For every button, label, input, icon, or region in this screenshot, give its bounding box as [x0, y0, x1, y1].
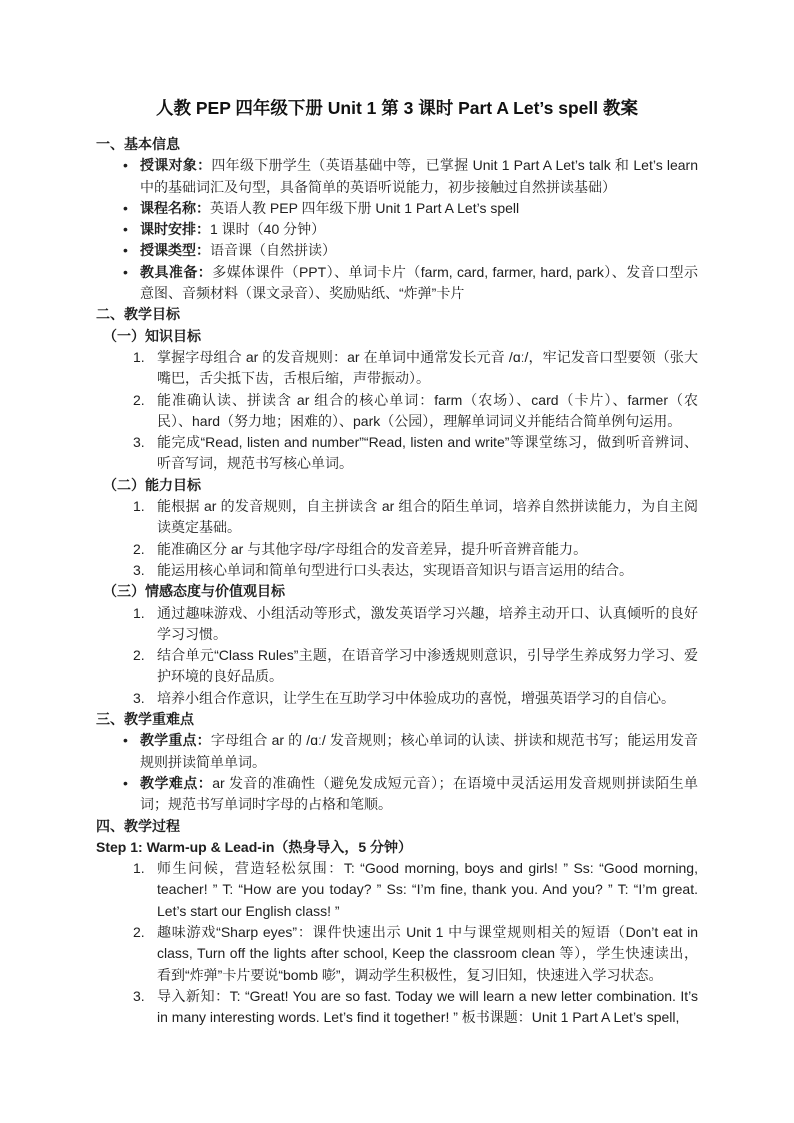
item-label: 授课类型： — [140, 242, 210, 258]
item-number: 1. — [133, 858, 145, 879]
numbered-item: 2.结合单元“Class Rules”主题，在语音学习中渗透规则意识，引导学生养… — [96, 645, 698, 688]
item-text: 1 课时（40 分钟） — [210, 221, 325, 237]
item-text: 四年级下册学生（英语基础中等，已掌握 Unit 1 Part A Let’s t… — [140, 157, 698, 194]
item-text: 导入新知：T: “Great! You are so fast. Today w… — [157, 988, 698, 1025]
numbered-item: 3.导入新知：T: “Great! You are so fast. Today… — [96, 986, 698, 1029]
item-text: 语音课（自然拼读） — [210, 242, 336, 258]
item-number: 3. — [133, 986, 145, 1007]
bullet-marker: • — [123, 198, 128, 219]
doc-title: 人教 PEP 四年级下册 Unit 1 第 3 课时 Part A Let’s … — [96, 95, 698, 121]
bullet-item-key-point: •教学重点：字母组合 ar 的 /ɑː/ 发音规则；核心单词的认读、拼读和规范书… — [96, 730, 698, 773]
numbered-item: 3.培养小组合作意识，让学生在互助学习中体验成功的喜悦，增强英语学习的自信心。 — [96, 688, 698, 709]
section-heading-process: 四、教学过程 — [96, 816, 698, 837]
item-number: 2. — [133, 539, 145, 560]
numbered-item: 2.能准确认读、拼读含 ar 组合的核心单词：farm（农场）、card（卡片）… — [96, 390, 698, 433]
item-text: 趣味游戏“Sharp eyes”：课件快速出示 Unit 1 中与课堂规则相关的… — [157, 924, 698, 983]
item-number: 1. — [133, 347, 145, 368]
item-label: 课程名称： — [140, 200, 210, 216]
item-text: 能根据 ar 的发音规则，自主拼读含 ar 组合的陌生单词，培养自然拼读能力，为… — [157, 498, 698, 535]
item-text: ar 发音的准确性（避免发成短元音）；在语境中灵活运用发音规则拼读陌生单词；规范… — [140, 775, 698, 812]
sub-heading-knowledge-goals: （一）知识目标 — [96, 326, 698, 347]
item-number: 3. — [133, 432, 145, 453]
item-text: 师生问候，营造轻松氛围：T: “Good morning, boys and g… — [157, 860, 698, 919]
bullet-marker: • — [123, 730, 128, 751]
bullet-marker: • — [123, 240, 128, 261]
section-heading-key-points: 三、教学重难点 — [96, 709, 698, 730]
bullet-marker: • — [123, 219, 128, 240]
bullet-item-schedule: •课时安排：1 课时（40 分钟） — [96, 219, 698, 240]
item-text: 能准确区分 ar 与其他字母/字母组合的发音差异，提升听音辨音能力。 — [157, 541, 587, 557]
numbered-item: 3.能运用核心单词和简单句型进行口头表达，实现语音知识与语言运用的结合。 — [96, 560, 698, 581]
item-text: 字母组合 ar 的 /ɑː/ 发音规则；核心单词的认读、拼读和规范书写；能运用发… — [140, 732, 698, 769]
numbered-item: 2.能准确区分 ar 与其他字母/字母组合的发音差异，提升听音辨音能力。 — [96, 539, 698, 560]
bullet-marker: • — [123, 155, 128, 176]
item-text: 多媒体课件（PPT）、单词卡片（farm, card, farmer, hard… — [140, 264, 698, 301]
step1-heading: Step 1: Warm-up & Lead-in（热身导入，5 分钟） — [96, 837, 698, 858]
numbered-item: 1.师生问候，营造轻松氛围：T: “Good morning, boys and… — [96, 858, 698, 922]
document-page: 人教 PEP 四年级下册 Unit 1 第 3 课时 Part A Let’s … — [0, 0, 794, 1123]
sub-heading-emotion-goals: （三）情感态度与价值观目标 — [96, 581, 698, 602]
bullet-item-lesson-type: •授课类型：语音课（自然拼读） — [96, 240, 698, 261]
item-text: 能完成“Read, listen and number”“Read, liste… — [157, 434, 698, 471]
item-label: 课时安排： — [140, 221, 210, 237]
numbered-item: 1.能根据 ar 的发音规则，自主拼读含 ar 组合的陌生单词，培养自然拼读能力… — [96, 496, 698, 539]
bullet-item-materials: •教具准备：多媒体课件（PPT）、单词卡片（farm, card, farmer… — [96, 262, 698, 305]
item-text: 培养小组合作意识，让学生在互助学习中体验成功的喜悦，增强英语学习的自信心。 — [157, 690, 675, 706]
item-text: 通过趣味游戏、小组活动等形式，激发英语学习兴趣，培养主动开口、认真倾听的良好学习… — [157, 605, 698, 642]
section-heading-basic-info: 一、基本信息 — [96, 134, 698, 155]
item-number: 2. — [133, 390, 145, 411]
numbered-item: 1.通过趣味游戏、小组活动等形式，激发英语学习兴趣，培养主动开口、认真倾听的良好… — [96, 603, 698, 646]
item-text: 能准确认读、拼读含 ar 组合的核心单词：farm（农场）、card（卡片）、f… — [157, 392, 698, 429]
bullet-item-difficult-point: •教学难点：ar 发音的准确性（避免发成短元音）；在语境中灵活运用发音规则拼读陌… — [96, 773, 698, 816]
item-label: 教学重点： — [140, 732, 211, 748]
bullet-item-course-name: •课程名称：英语人教 PEP 四年级下册 Unit 1 Part A Let’s… — [96, 198, 698, 219]
item-label: 授课对象： — [140, 157, 211, 173]
item-number: 3. — [133, 560, 145, 581]
item-text: 能运用核心单词和简单句型进行口头表达，实现语音知识与语言运用的结合。 — [157, 562, 633, 578]
item-text: 结合单元“Class Rules”主题，在语音学习中渗透规则意识，引导学生养成努… — [157, 647, 698, 684]
bullet-marker: • — [123, 262, 128, 283]
item-text: 掌握字母组合 ar 的发音规则：ar 在单词中通常发长元音 /ɑː/，牢记发音口… — [157, 349, 698, 386]
item-label: 教学难点： — [140, 775, 212, 791]
item-label: 教具准备： — [140, 264, 212, 280]
item-number: 2. — [133, 922, 145, 943]
section-heading-objectives: 二、教学目标 — [96, 304, 698, 325]
sub-heading-ability-goals: （二）能力目标 — [96, 475, 698, 496]
numbered-item: 2.趣味游戏“Sharp eyes”：课件快速出示 Unit 1 中与课堂规则相… — [96, 922, 698, 986]
numbered-item: 1.掌握字母组合 ar 的发音规则：ar 在单词中通常发长元音 /ɑː/，牢记发… — [96, 347, 698, 390]
item-number: 2. — [133, 645, 145, 666]
bullet-item-teaching-target: •授课对象：四年级下册学生（英语基础中等，已掌握 Unit 1 Part A L… — [96, 155, 698, 198]
item-text: 英语人教 PEP 四年级下册 Unit 1 Part A Let’s spell — [210, 200, 519, 216]
numbered-item: 3.能完成“Read, listen and number”“Read, lis… — [96, 432, 698, 475]
item-number: 1. — [133, 603, 145, 624]
item-number: 1. — [133, 496, 145, 517]
item-number: 3. — [133, 688, 145, 709]
bullet-marker: • — [123, 773, 128, 794]
